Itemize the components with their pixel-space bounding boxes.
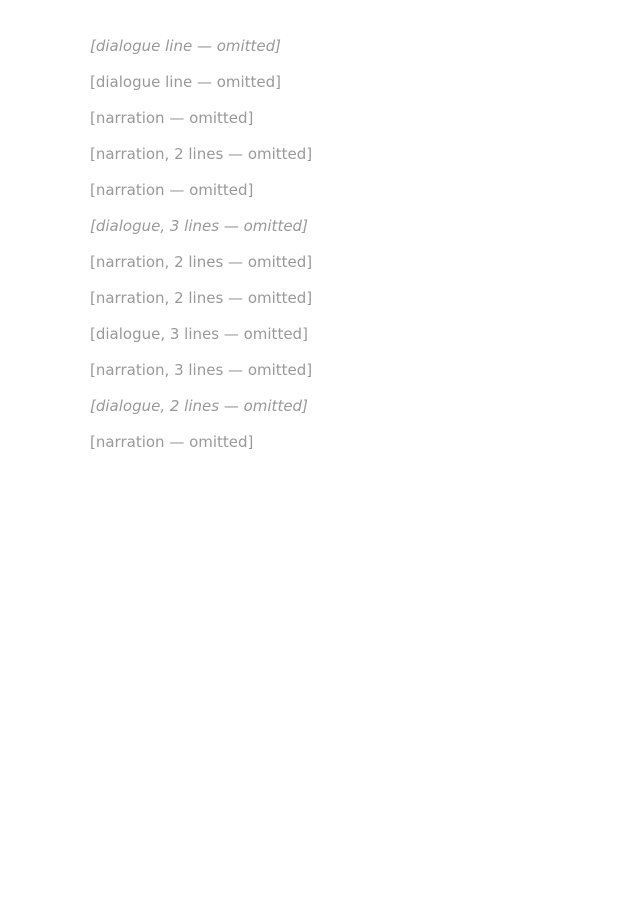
paragraph: [dialogue, 3 lines — omitted]: [60, 316, 550, 352]
paragraph: [narration — omitted]: [60, 100, 550, 136]
paragraph: [narration — omitted]: [60, 424, 550, 460]
paragraph: [dialogue, 3 lines — omitted]: [60, 208, 550, 244]
paragraph: [narration — omitted]: [60, 172, 550, 208]
paragraph: [narration, 2 lines — omitted]: [60, 136, 550, 172]
paragraph: [narration, 2 lines — omitted]: [60, 244, 550, 280]
paragraph: [dialogue, 2 lines — omitted]: [60, 388, 550, 424]
paragraph: [dialogue line — omitted]: [60, 64, 550, 100]
paragraph: [dialogue line — omitted]: [60, 28, 550, 64]
paragraph: [narration, 3 lines — omitted]: [60, 352, 550, 388]
paragraph: [narration, 2 lines — omitted]: [60, 280, 550, 316]
document-page: [dialogue line — omitted] [dialogue line…: [60, 28, 550, 460]
